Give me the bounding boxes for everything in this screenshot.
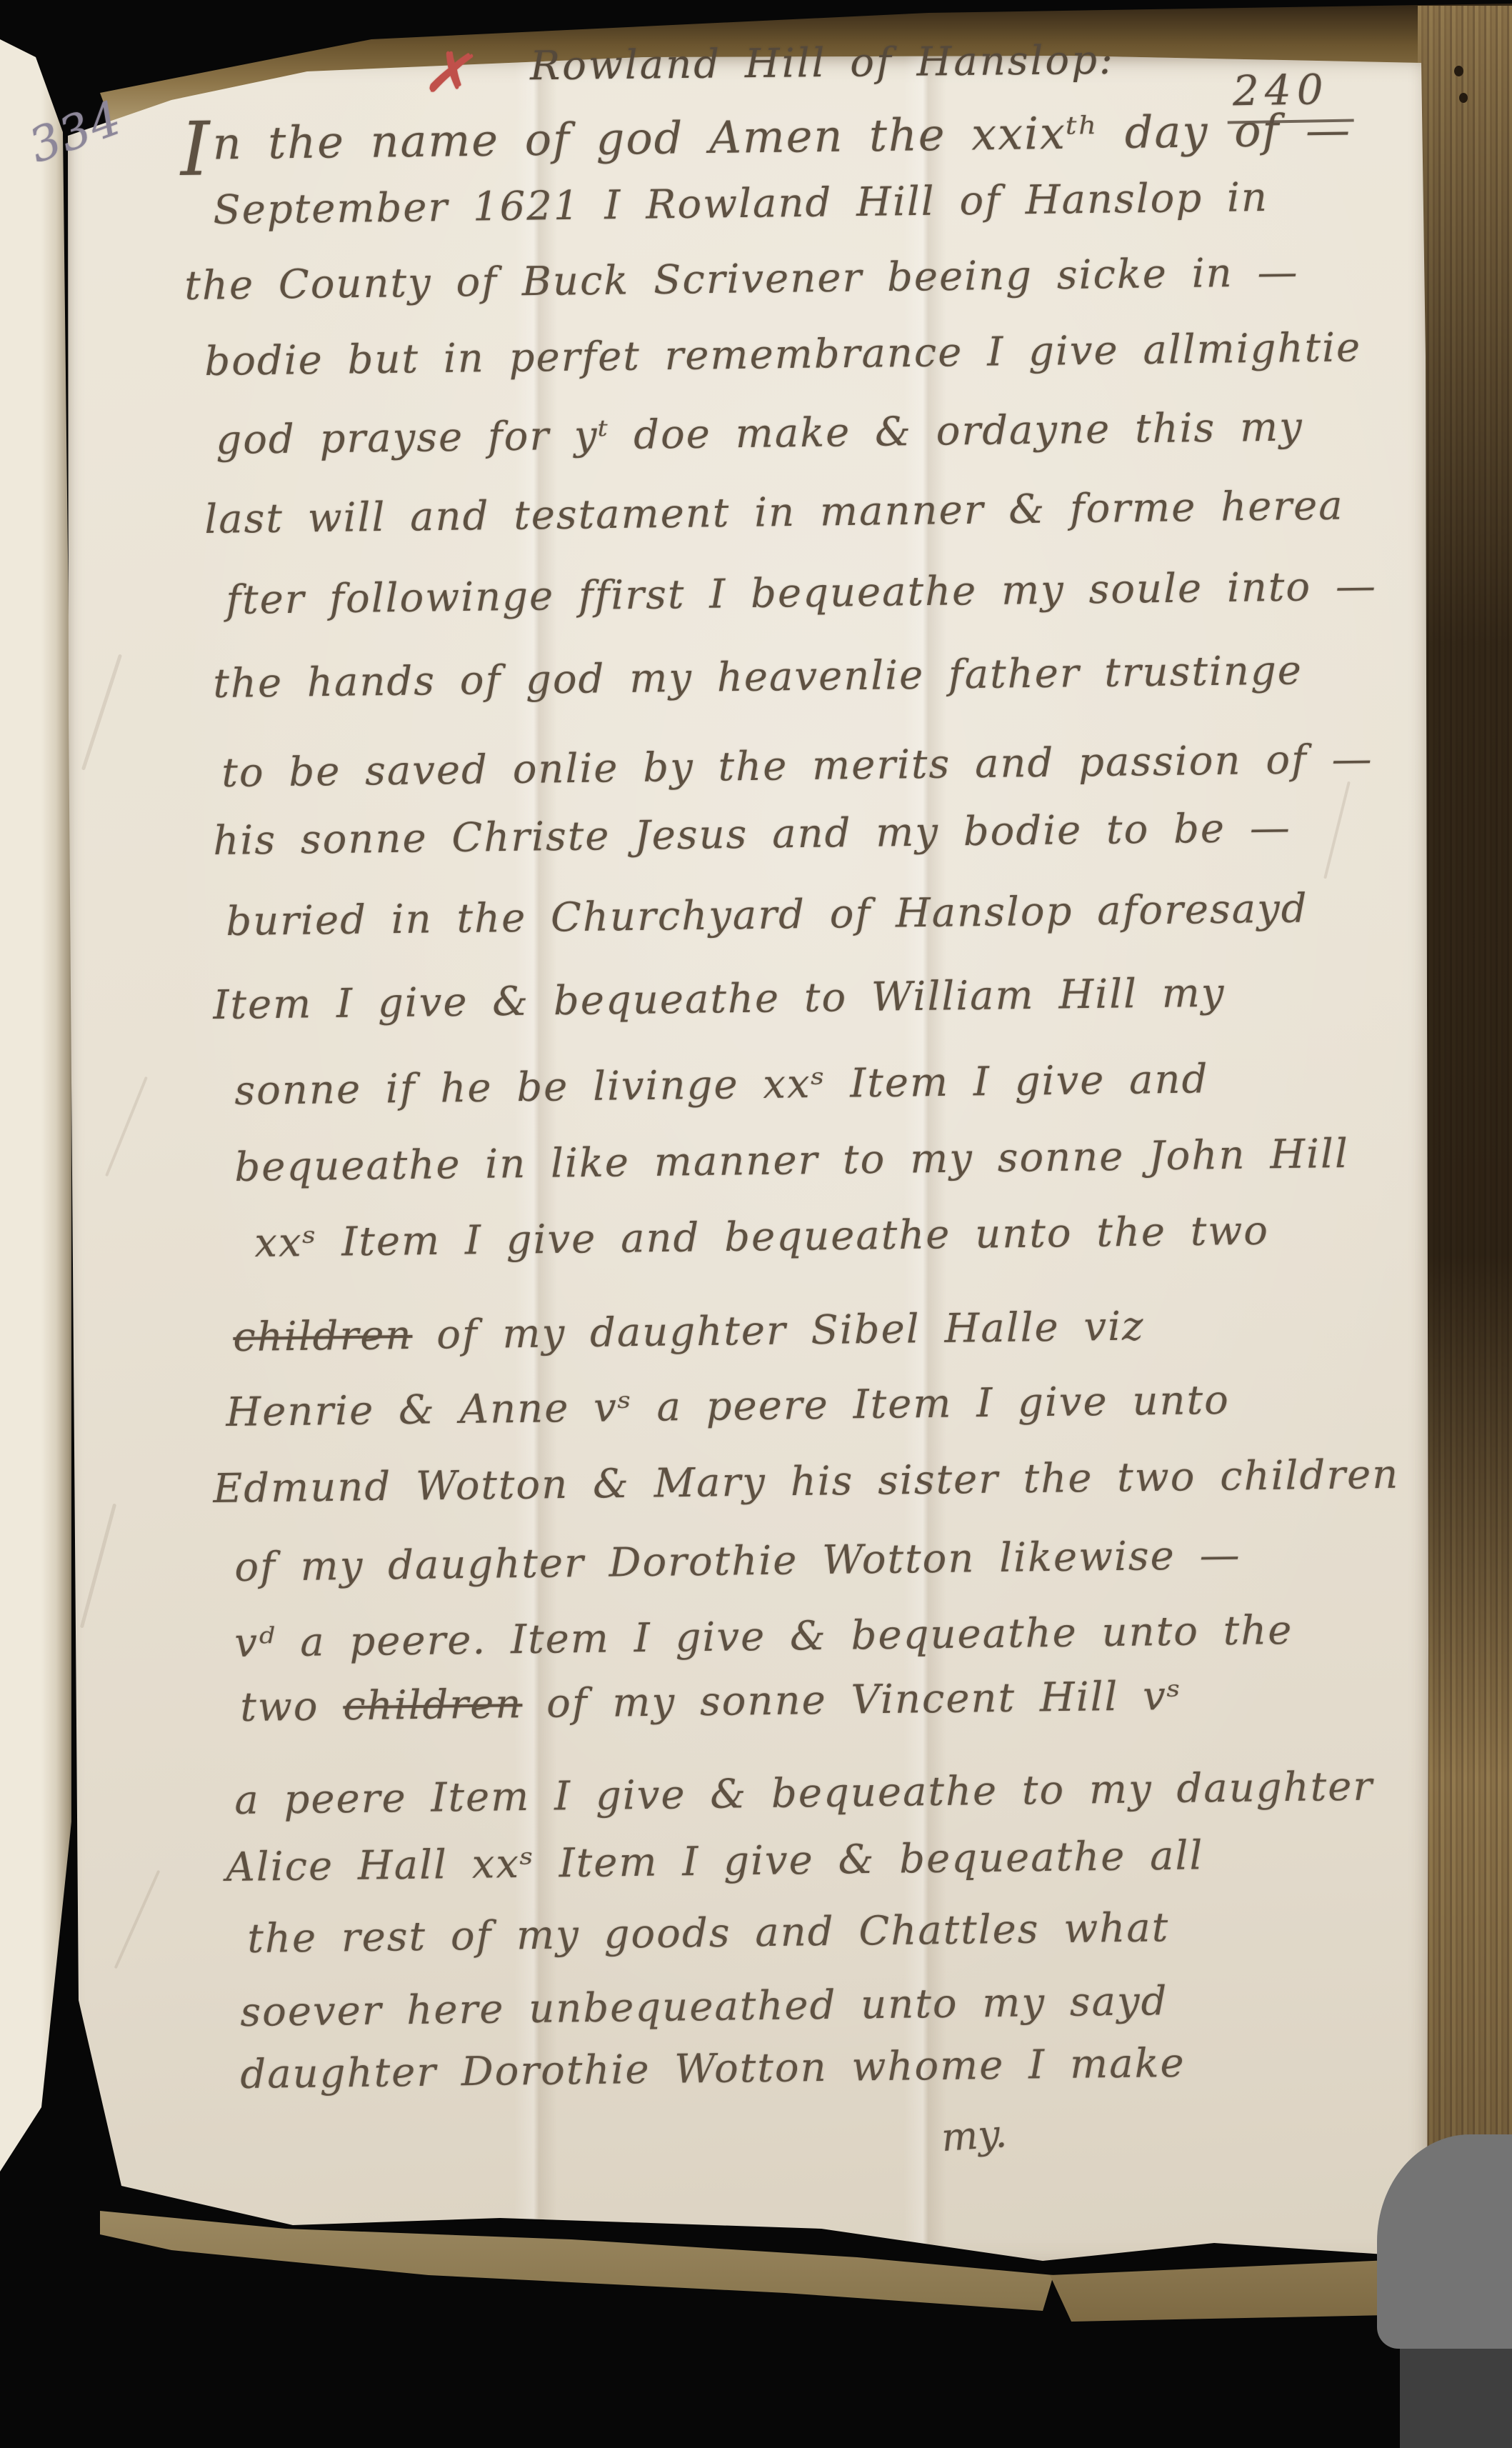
line-text: of my daughter Sibel Halle viz	[412, 1303, 1145, 1359]
initial-letter: I	[180, 105, 211, 192]
bleedthrough-mark	[114, 1870, 161, 1969]
bleedthrough-mark	[80, 1503, 116, 1628]
folio-number: 240	[1226, 64, 1353, 124]
line-text: n the name of god Amen the xxixᵗʰ day of…	[212, 104, 1351, 169]
struck-word: children	[343, 1681, 523, 1729]
line-text: of my sonne Vincent Hill vˢ	[522, 1673, 1182, 1727]
heading-title: Rowland Hill of Hanslop:	[530, 37, 1115, 90]
bleedthrough-mark	[81, 654, 122, 770]
gutter-page-edge	[0, 29, 75, 2179]
book-fore-edge	[1418, 6, 1512, 2277]
catchword: my.	[940, 2111, 1008, 2160]
photo-stage: ✗ Rowland Hill of Hanslop: 240 334 In th…	[0, 0, 1512, 2448]
struck-word: children	[233, 1312, 413, 1361]
bleedthrough-mark	[1323, 781, 1351, 879]
fore-edge-speck	[1459, 93, 1468, 103]
line-text: two	[240, 1683, 344, 1731]
bleedthrough-mark	[105, 1076, 148, 1177]
fore-edge-speck	[1454, 66, 1463, 76]
